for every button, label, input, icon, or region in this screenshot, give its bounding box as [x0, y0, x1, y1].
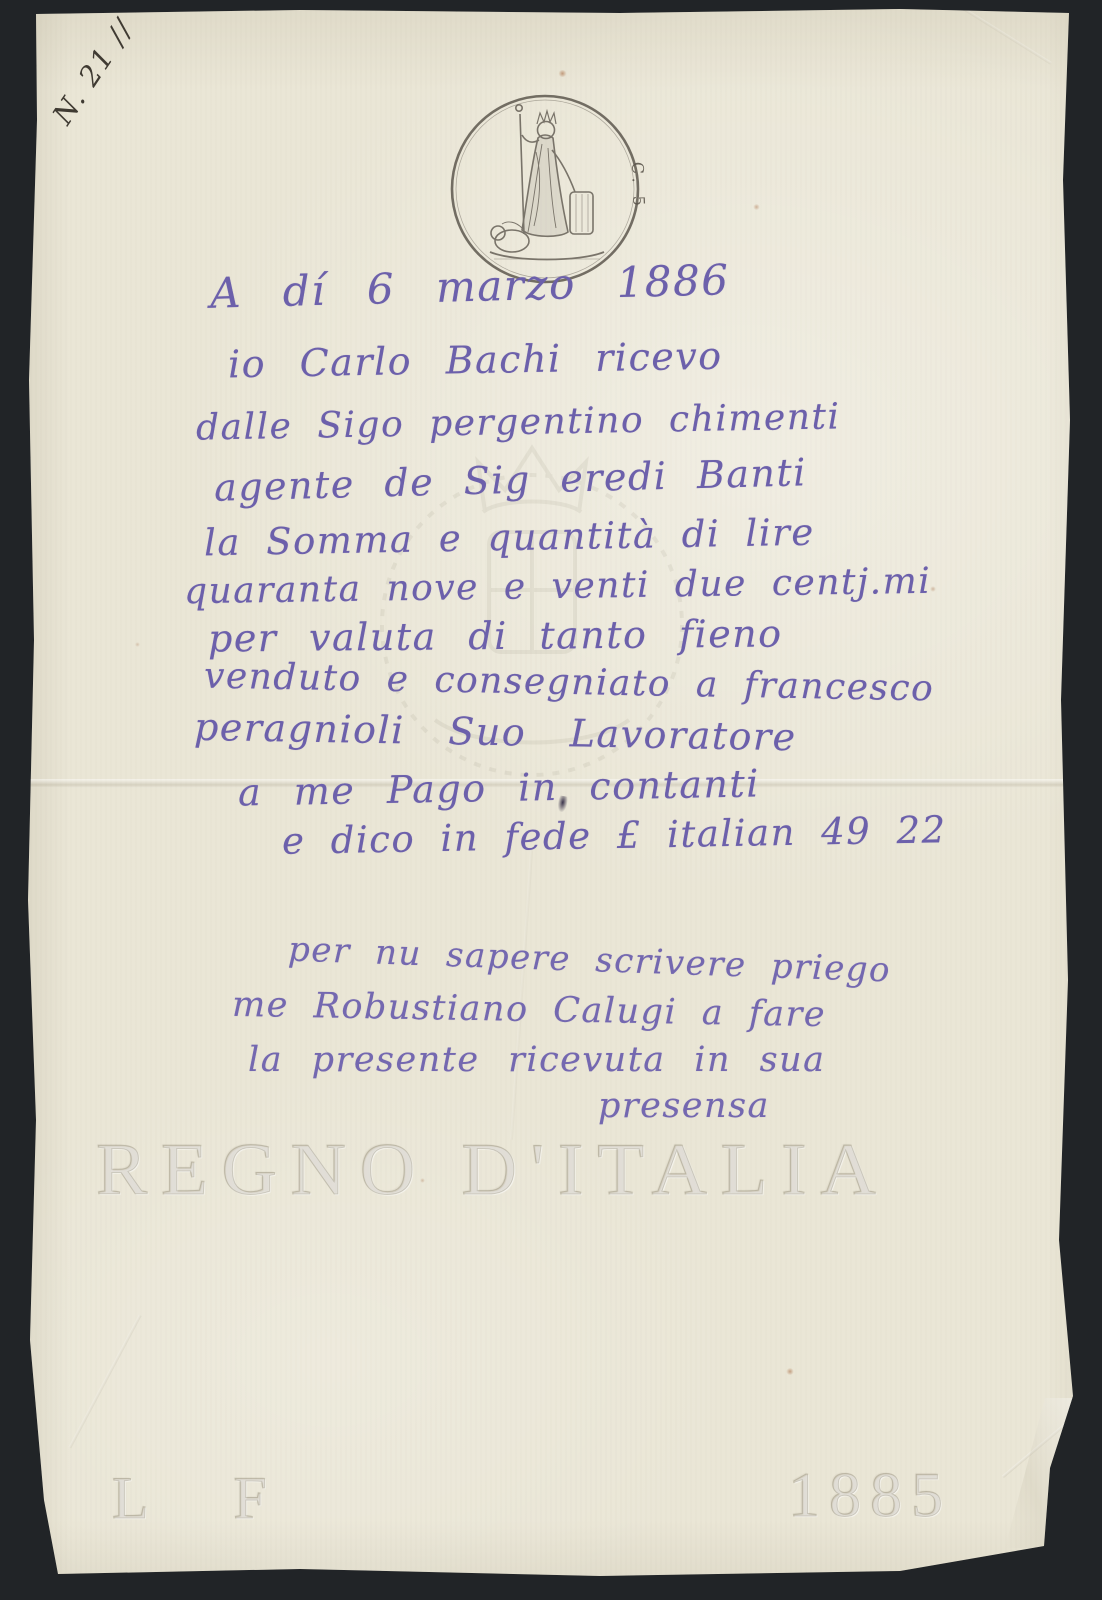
corner-crease: [948, 0, 1051, 65]
manuscript-line-date: A dí 6 marzo 1886: [209, 255, 730, 318]
foxing-spot: [135, 642, 140, 647]
foxing-spot: [753, 204, 760, 210]
manuscript-line: quaranta nove e venti due centj.mi: [184, 561, 932, 612]
foxing-spot: [558, 70, 567, 77]
manuscript-line: la Somma e quantità di lire: [204, 511, 815, 565]
paper-sheet: N. 21 //: [0, 0, 1102, 1600]
manuscript-line-witness: la presente ricevuta in sua: [248, 1040, 826, 1080]
manuscript-line: per valuta di tanto fieno: [208, 611, 783, 660]
archival-number-annotation: N. 21 //: [46, 13, 140, 131]
edge-crease: [68, 1315, 141, 1449]
seal-control-number: C. 5: [628, 161, 649, 210]
manuscript-line-witness: me Robustiano Calugi a fare: [232, 985, 827, 1035]
manuscript-line-witness: presensa: [598, 1086, 770, 1126]
initials-blind-stamp: L F: [112, 1464, 303, 1533]
foxing-spot: [575, 1580, 582, 1586]
manuscript-line: peragnioli Suo Lavoratore: [194, 705, 797, 760]
regno-ditalia-blind-stamp: REGNO D'ITALIA: [96, 1128, 889, 1213]
manuscript-line: io Carlo Bachi ricevo: [228, 334, 723, 387]
manuscript-line: dalle Sigo pergentino chimenti: [196, 396, 841, 448]
manuscript-line-witness: per nu sapere scrivere priego: [287, 929, 891, 990]
manuscript-line: a me Pago in contanti: [238, 761, 760, 814]
scanned-document-page: { "page": { "background_color": "#212427…: [0, 0, 1102, 1600]
torn-corner-fold: [1005, 1398, 1075, 1548]
foxing-spot: [786, 1368, 794, 1375]
manuscript-line: agente de Sig eredi Banti: [214, 450, 808, 510]
year-blind-stamp: 1885: [788, 1458, 952, 1532]
manuscript-line: venduto e consegniato a francesco: [204, 656, 935, 710]
